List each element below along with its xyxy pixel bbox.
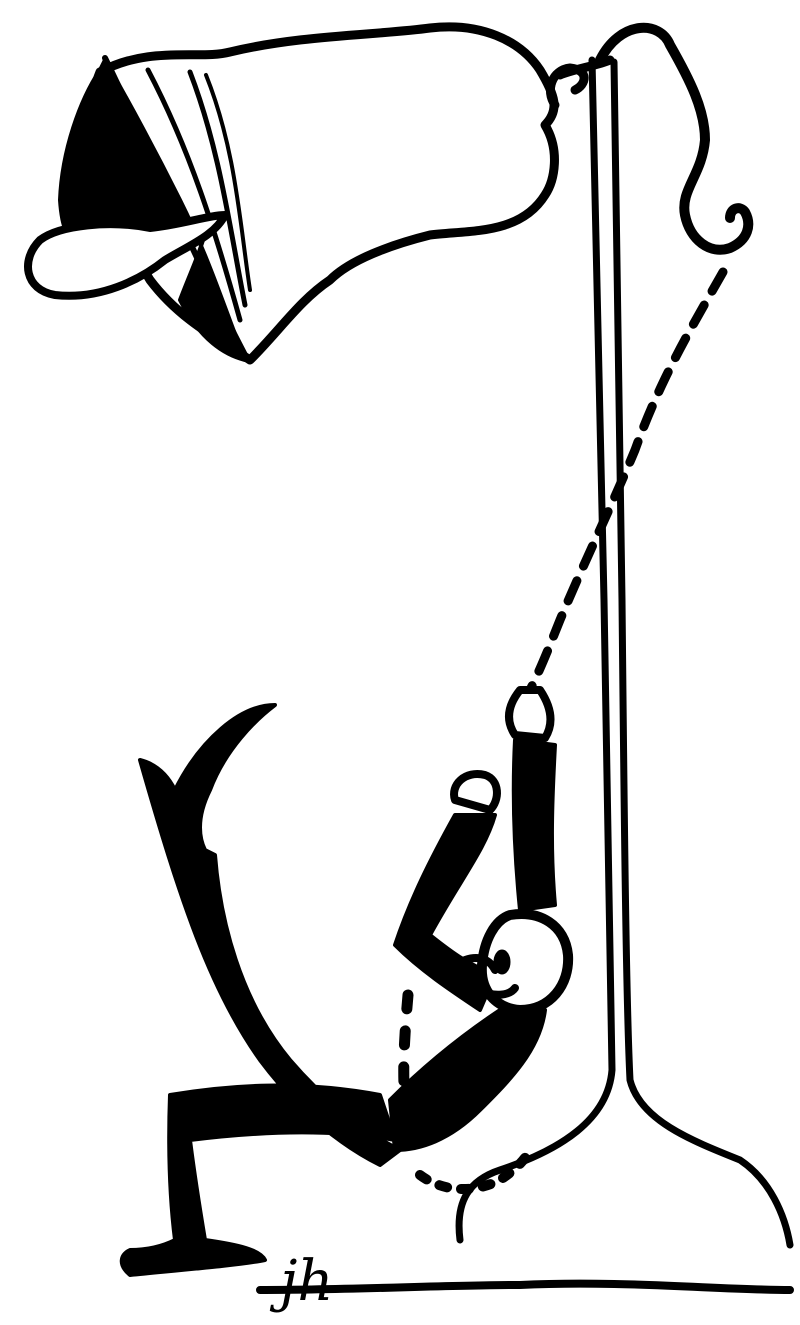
scroll-hook [600, 28, 748, 250]
artist-signature: jh [269, 1249, 333, 1314]
bell-ringer-illustration: jh [0, 0, 800, 1325]
rope [530, 272, 723, 690]
bell-hook [550, 60, 610, 105]
bell-ringer-figure [122, 690, 568, 1275]
bell [60, 27, 554, 360]
